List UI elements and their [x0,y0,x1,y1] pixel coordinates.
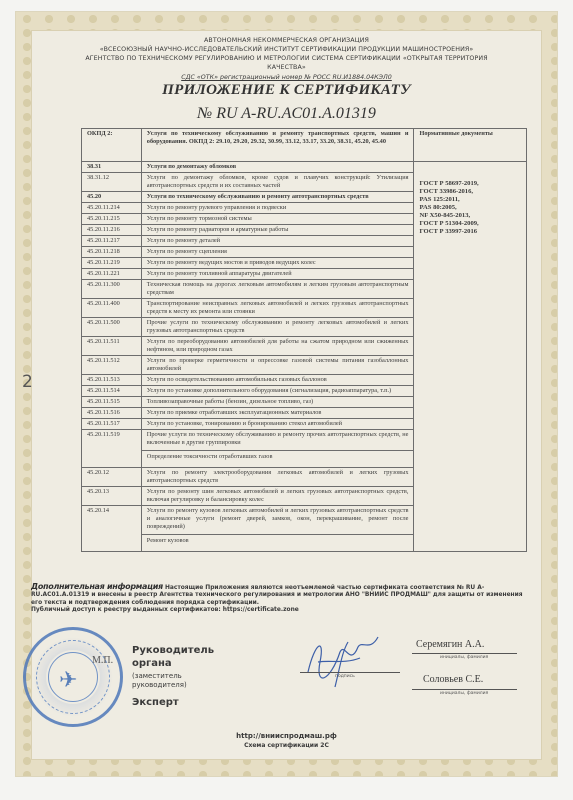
footer-url[interactable]: http://внииспродмаш.рф [0,732,573,740]
row-description-text: Услуги по ремонту ведущих мостов и приво… [147,259,316,266]
normative-document: PAS 125:2011, [419,196,521,204]
head-role-line2: органа [132,658,172,669]
row-description: Услуги по ремонту сцепления [141,247,414,258]
row-description-text: Техническая помощь на дорогах легковым а… [147,281,409,296]
row-description: Услуги по техническому обслуживанию и ре… [141,192,414,203]
additional-info: Дополнительная информация Настоящие Прил… [31,583,531,614]
row-description-text: Услуги по техническому обслуживанию и ре… [147,193,369,200]
normative-document: ГОСТ Р 51304-2009, [419,220,521,228]
row-code: 45.20.11.517 [82,419,142,430]
head-role-sub1: (заместитель [132,672,182,680]
header-code: ОКПД 2: [82,129,142,162]
seal-emblem-icon: ✈ [59,667,77,693]
header-documents: Нормативные документы [414,129,527,162]
row-description: Услуги по демонтажу обломков [141,162,414,173]
page-title: ПРИЛОЖЕНИЕ К СЕРТИФИКАТУ [0,82,573,99]
row-code: 45.20.11.300 [82,280,142,299]
row-code: 45.20.11.214 [82,203,142,214]
org-line-4: КАЧЕСТВА» [0,63,573,72]
row-description: Прочие услуги по техническому обслуживан… [141,430,414,468]
row-description-text: Услуги по ремонту сцепления [147,248,227,255]
normative-document: NF X50-845-2013, [419,212,521,220]
row-description-text: Услуги по проверке герметичности и опрес… [147,357,409,372]
expert-name: Соловьев С.Е. [423,674,483,685]
row-code: 38.31.12 [82,173,142,192]
certificate-number: № RU A-RU.AC01.A.01319 [0,105,573,123]
head-name-line [412,653,517,654]
row-description-text: Услуги по ремонту деталей [147,237,220,244]
row-code: 45.20.14 [82,506,142,552]
expert-name-line [412,689,517,690]
row-description-text: Прочие услуги по техническому обслуживан… [147,431,409,446]
expert-name-caption: инициалы, фамилия [440,691,488,696]
row-code: 45.20.11.513 [82,375,142,386]
row-code: 45.20.11.515 [82,397,142,408]
table-header-row: ОКПД 2: Услуги по техническому обслужива… [82,129,527,162]
row-description: Услуги по приемке отработавших эксплуата… [141,408,414,419]
row-description: Услуги по ремонту радиаторов и арматурны… [141,225,414,236]
certification-scheme: Схема сертификации 2С [0,742,573,749]
row-code: 45.20.11.218 [82,247,142,258]
row-description: Услуги по установке, тонированию и брони… [141,419,414,430]
row-code: 45.20.11.219 [82,258,142,269]
row-description: Услуги по ремонту ведущих мостов и приво… [141,258,414,269]
row-description: Услуги по демонтажу обломков, кроме судо… [141,173,414,192]
row-description-text: Услуги по ремонту кузовов легковых автом… [147,507,409,530]
services-table: ОКПД 2: Услуги по техническому обслужива… [81,128,527,552]
org-line-3: АГЕНТСТВО ПО ТЕХНИЧЕСКОМУ РЕГУЛИРОВАНИЮ … [0,54,573,63]
row-description-text: Услуги по ремонту шин легковых автомобил… [147,488,409,503]
row-description-text: Услуги по демонтажу обломков [147,163,236,170]
org-line-1: АВТОНОМНАЯ НЕКОММЕРЧЕСКАЯ ОРГАНИЗАЦИЯ [0,36,573,45]
row-code: 45.20.11.512 [82,356,142,375]
row-code: 45.20.12 [82,468,142,487]
row-description-text: Услуги по демонтажу обломков, кроме судо… [147,174,409,189]
row-description: Услуги по ремонту кузовов легковых автом… [141,506,414,552]
row-description-text: Услуги по освидетельствованию автомобиль… [147,376,327,383]
row-description: Услуги по ремонту деталей [141,236,414,247]
public-access-text: Публичный доступ к реестру выданных серт… [31,607,299,613]
row-description: Услуги по установке дополнительного обор… [141,386,414,397]
row-code: 45.20.11.215 [82,214,142,225]
row-description-text: Услуги по ремонту рулевого управления и … [147,204,286,211]
row-description: Техническая помощь на дорогах легковым а… [141,280,414,299]
row-description: Услуги по ремонту топливной аппаратуры д… [141,269,414,280]
row-code: 45.20.11.511 [82,337,142,356]
row-description-text: Услуги по установке, тонированию и брони… [147,420,342,427]
head-role-sub2: руководителя) [132,681,187,689]
expert-role: Эксперт [132,697,179,708]
row-description-text: Услуги по ремонту тормозной системы [147,215,252,222]
page-number: 2 [22,372,33,392]
signature-line [300,672,400,673]
stamp-label: М.П. [92,655,113,666]
signature-caption: подпись [335,674,355,679]
additional-info-label: Дополнительная информация [31,582,163,591]
row-description-text: Топливозаправочные работы (бензин, дизел… [147,398,313,405]
row-code: 45.20 [82,192,142,203]
normative-document: PAS 80:2005, [419,204,521,212]
row-description: Прочие услуги по техническому обслуживан… [141,318,414,337]
signature [300,632,380,692]
row-description: Топливозаправочные работы (бензин, дизел… [141,397,414,408]
registration-number: СДС «ОТК» регистрационный номер № РОСС R… [0,74,573,81]
row-code: 45.20.11.221 [82,269,142,280]
row-code: 45.20.11.217 [82,236,142,247]
row-description-text: Услуги по ремонту топливной аппаратуры д… [147,270,292,277]
row-description: Услуги по освидетельствованию автомобиль… [141,375,414,386]
org-line-2: «ВСЕСОЮЗНЫЙ НАУЧНО-ИССЛЕДОВАТЕЛЬСКИЙ ИНС… [0,45,573,54]
row-description: Услуги по проверке герметичности и опрес… [141,356,414,375]
normative-document: ГОСТ Р 58697-2019, [419,180,521,188]
row-code: 38.31 [82,162,142,173]
row-sub-description: Определение токсичности отработавших газ… [142,450,414,467]
row-description-text: Услуги по установке дополнительного обор… [147,387,391,394]
table-row: 38.31Услуги по демонтажу обломковГОСТ Р … [82,162,527,173]
row-code: 45.20.11.519 [82,430,142,468]
row-code: 45.20.11.516 [82,408,142,419]
row-description: Услуги по ремонту тормозной системы [141,214,414,225]
certificate-header: АВТОНОМНАЯ НЕКОММЕРЧЕСКАЯ ОРГАНИЗАЦИЯ «В… [0,8,573,99]
head-name: Серемягин А.А. [416,639,484,650]
row-description-text: Услуги по ремонту радиаторов и арматурны… [147,226,289,233]
row-description: Услуги по ремонту шин легковых автомобил… [141,487,414,506]
normative-document: ГОСТ Р 33997-2016 [419,228,521,236]
row-description-text: Прочие услуги по техническому обслуживан… [147,319,409,334]
row-code: 45.20.11.500 [82,318,142,337]
head-name-caption: инициалы, фамилия [440,655,488,660]
row-code: 45.20.13 [82,487,142,506]
head-role-line1: Руководитель [132,645,214,656]
row-description-text: Услуги по переоборудованию автомобилей д… [147,338,409,353]
header-description: Услуги по техническому обслуживанию и ре… [141,129,414,162]
row-description: Услуги по переоборудованию автомобилей д… [141,337,414,356]
row-code: 45.20.11.400 [82,299,142,318]
row-sub-description: Ремонт кузовов [142,534,414,551]
row-description: Услуги по ремонту рулевого управления и … [141,203,414,214]
seal-stamp: ✈ [23,627,123,727]
row-description-text: Транспортирование неисправных легковых а… [147,300,409,315]
row-description-text: Услуги по ремонту электрооборудования ле… [147,469,409,484]
row-description: Транспортирование неисправных легковых а… [141,299,414,318]
normative-documents: ГОСТ Р 58697-2019,ГОСТ 33986-2016,PAS 12… [414,162,527,552]
row-code: 45.20.11.216 [82,225,142,236]
row-description: Услуги по ремонту электрооборудования ле… [141,468,414,487]
normative-document: ГОСТ 33986-2016, [419,188,521,196]
row-code: 45.20.11.514 [82,386,142,397]
row-description-text: Услуги по приемке отработавших эксплуата… [147,409,322,416]
